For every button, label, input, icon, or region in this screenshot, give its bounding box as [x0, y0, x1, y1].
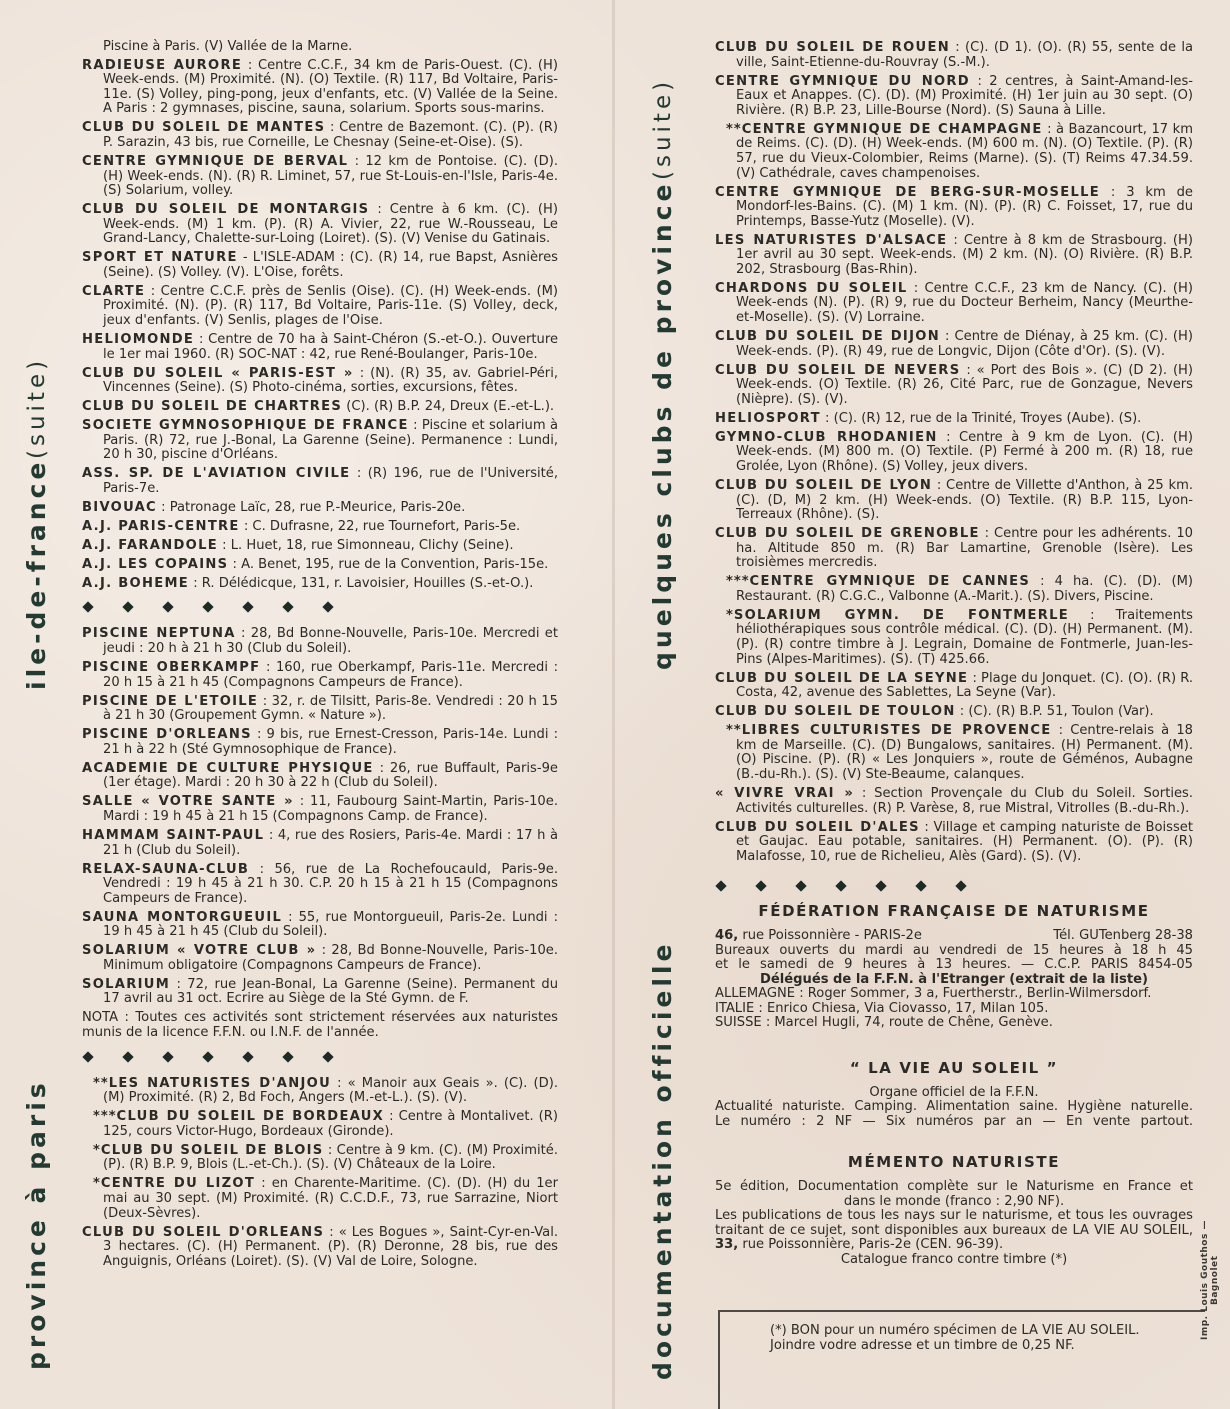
rating-stars: *** — [726, 574, 750, 589]
diamond-ornament-icon — [202, 1051, 213, 1062]
listing-details: : L. Huet, 18, rue Simonneau, Clichy (Se… — [218, 538, 513, 553]
listing-name: A.J. BOHEME — [82, 576, 189, 591]
rating-stars: * — [726, 608, 734, 623]
separator-diamonds — [715, 882, 1193, 890]
ffn-section: FÉDÉRATION FRANÇAISE DE NATURISME 46, ru… — [715, 904, 1193, 1031]
listing-entry: RELAX-SAUNA-CLUB : 56, rue de La Rochefo… — [82, 863, 558, 907]
ffn-hours-saturday: et le samedi de 9 heures à 13 heures. — … — [715, 958, 1193, 973]
listing-entry: HELIOSPORT : (C). (R) 12, rue de la Trin… — [715, 412, 1193, 427]
side-label-text: province à paris — [22, 1079, 51, 1370]
listing-entry: RADIEUSE AURORE : Centre C.C.F., 34 km d… — [82, 59, 558, 117]
listing-name: ACADEMIE DE CULTURE PHYSIQUE — [82, 761, 374, 776]
listing-entry: BIVOUAC : Patronage Laïc, 28, rue P.-Meu… — [82, 501, 558, 516]
listing-name: CENTRE GYMNIQUE DE CHAMPAGNE — [742, 122, 1043, 137]
listing-name: SPORT ET NATURE — [82, 250, 238, 265]
listing-name: « VIVRE VRAI » — [715, 786, 854, 801]
listing-name: A.J. LES COPAINS — [82, 557, 228, 572]
diamond-ornament-icon — [955, 881, 966, 892]
listing-name: CLUB DU SOLEIL DE CHARTRES — [82, 399, 342, 414]
memento-title: MÉMENTO NATURISTE — [715, 1155, 1193, 1170]
listing-entry: A.J. PARIS-CENTRE : C. Dufrasne, 22, rue… — [82, 520, 558, 535]
delegate-entry: ALLEMAGNE : Roger Sommer, 3 a, Fuerthers… — [715, 987, 1193, 1002]
ffn-address: rue Poissonnière - PARIS-2e — [738, 928, 922, 943]
listing-entry: A.J. LES COPAINS : A. Benet, 195, rue de… — [82, 558, 558, 573]
listing-entry: CLUB DU SOLEIL DE TOULON : (C). (R) B.P.… — [715, 705, 1193, 720]
listing-details: : (C). (R) 12, rue de la Trinité, Troyes… — [821, 411, 1142, 426]
province-clubs-list: CLUB DU SOLEIL DE ROUEN : (C). (D 1). (O… — [715, 41, 1193, 864]
listing-name: CLARTE — [82, 284, 145, 299]
listing-entry: CLUB DU SOLEIL DE NEVERS : « Port des Bo… — [715, 364, 1193, 408]
rating-stars: ** — [726, 122, 742, 137]
diamond-ornament-icon — [835, 881, 846, 892]
diamond-ornament-icon — [82, 1051, 93, 1062]
listing-name: SOLARIUM « VOTRE CLUB » — [82, 943, 316, 958]
listing-name: PISCINE DE L'ETOILE — [82, 694, 258, 709]
side-label-suffix: (suite) — [650, 78, 676, 180]
continued-text: Piscine à Paris. (V) Vallée de la Marne. — [82, 40, 558, 55]
side-label-text: ile-de-france — [22, 459, 51, 690]
ffn-address-line: 46, rue Poissonnière - PARIS-2e Tél. GUT… — [715, 929, 1193, 944]
listing-entry: CLUB DU SOLEIL D'ALES : Village et campi… — [715, 821, 1193, 865]
nota: NOTA : Toutes ces activités sont stricte… — [82, 1011, 558, 1040]
listing-details: : Patronage Laïc, 28, rue P.-Meurice, Pa… — [157, 500, 465, 515]
listing-details: : 72, rue Jean-Bonal, La Garenne (Seine)… — [103, 977, 558, 1007]
listing-name: GYMNO-CLUB RHODANIEN — [715, 430, 938, 445]
listing-entry: CENTRE GYMNIQUE DE BERVAL : 12 km de Pon… — [82, 155, 558, 199]
diamond-ornament-icon — [122, 602, 133, 613]
listing-entry: CLUB DU SOLEIL « PARIS-EST » : (N). (R) … — [82, 367, 558, 396]
diamond-ornament-icon — [915, 881, 926, 892]
ffn-hours: Bureaux ouverts du mardi au vendredi de … — [715, 944, 1193, 959]
listing-name: CLUB DU SOLEIL « PARIS-EST » — [82, 366, 354, 381]
printer-credit: Imp. Louis Gouthos — Bagnolet — [1200, 1195, 1220, 1365]
fold-line — [612, 0, 615, 1409]
province-clubs-list: **LES NATURISTES D'ANJOU : « Manoir aux … — [82, 1077, 558, 1270]
listing-name: CLUB DU SOLEIL D'ORLEANS — [82, 1225, 324, 1240]
listing-name: HAMMAM SAINT-PAUL — [82, 828, 264, 843]
listing-entry: ***CLUB DU SOLEIL DE BORDEAUX : Centre à… — [82, 1110, 558, 1139]
listing-entry: « VIVRE VRAI » : Section Provençale du C… — [715, 787, 1193, 816]
listing-entry: CLUB DU SOLEIL DE ROUEN : (C). (D 1). (O… — [715, 41, 1193, 70]
listing-name: CLUB DU SOLEIL DE BLOIS — [101, 1143, 324, 1158]
diamond-ornament-icon — [162, 1051, 173, 1062]
listing-name: CENTRE GYMNIQUE DE CANNES — [750, 574, 1031, 589]
listing-name: PISCINE NEPTUNA — [82, 626, 236, 641]
left-column: Piscine à Paris. (V) Vallée de la Marne.… — [82, 40, 558, 1274]
listing-name: CLUB DU SOLEIL DE LYON — [715, 478, 932, 493]
listing-entry: SPORT ET NATURE - L'ISLE-ADAM : (C). (R)… — [82, 251, 558, 280]
delegate-entry: SUISSE : Marcel Hugli, 74, route de Chên… — [715, 1016, 1193, 1031]
listing-entry: CLUB DU SOLEIL DE MANTES : Centre de Baz… — [82, 121, 558, 150]
listing-entry: *SOLARIUM GYMN. DE FONTMERLE : Traitemen… — [715, 609, 1193, 667]
listing-entry: **CENTRE GYMNIQUE DE CHAMPAGNE : à Bazan… — [715, 123, 1193, 181]
listing-entry: PISCINE D'ORLEANS : 9 bis, rue Ernest-Cr… — [82, 728, 558, 757]
rating-stars: ** — [93, 1076, 109, 1091]
diamond-ornament-icon — [242, 602, 253, 613]
listing-name: PISCINE D'ORLEANS — [82, 727, 252, 742]
listing-entry: CLUB DU SOLEIL DE MONTARGIS : Centre à 6… — [82, 203, 558, 247]
listing-entry: SAUNA MONTORGUEUIL : 55, rue Montorgueui… — [82, 911, 558, 940]
listing-name: SAUNA MONTORGUEUIL — [82, 910, 282, 925]
memento-address: rue Poissonnière, Paris-2e (CEN. 96-39). — [738, 1237, 1003, 1252]
listing-details: : Centre C.C.F. près de Senlis (Oise). (… — [103, 284, 558, 328]
ffn-delegates-list: ALLEMAGNE : Roger Sommer, 3 a, Fuerthers… — [715, 987, 1193, 1031]
coupon-line-1: (*) BON pour un numéro spécimen de LA VI… — [720, 1324, 1205, 1339]
memento-catalogue: Catalogue franco contre timbre (*) — [715, 1253, 1193, 1268]
diamond-ornament-icon — [82, 602, 93, 613]
listing-name: LIBRES CULTURISTES DE PROVENCE — [742, 723, 1052, 738]
listing-entry: CLUB DU SOLEIL DE GRENOBLE : Centre pour… — [715, 527, 1193, 571]
listing-name: CLUB DU SOLEIL DE NEVERS — [715, 363, 960, 378]
listing-entry: CENTRE GYMNIQUE DE BERG-SUR-MOSELLE : 3 … — [715, 186, 1193, 230]
diamond-ornament-icon — [795, 881, 806, 892]
listing-entry: *CLUB DU SOLEIL DE BLOIS : Centre à 9 km… — [82, 1144, 558, 1173]
diamond-ornament-icon — [242, 1051, 253, 1062]
diamond-ornament-icon — [755, 881, 766, 892]
diamond-ornament-icon — [162, 602, 173, 613]
diamond-ornament-icon — [875, 881, 886, 892]
listing-entry: ***CENTRE GYMNIQUE DE CANNES : 4 ha. (C)… — [715, 575, 1193, 604]
memento-section: MÉMENTO NATURISTE 5e édition, Documentat… — [715, 1155, 1193, 1267]
listing-name: LES NATURISTES D'ANJOU — [109, 1076, 331, 1091]
listing-name: RELAX-SAUNA-CLUB — [82, 862, 249, 877]
diamond-ornament-icon — [282, 1051, 293, 1062]
listing-name: CLUB DU SOLEIL DE MONTARGIS — [82, 202, 369, 217]
right-column: CLUB DU SOLEIL DE ROUEN : (C). (D 1). (O… — [715, 41, 1193, 1268]
listing-entry: A.J. FARANDOLE : L. Huet, 18, rue Simonn… — [82, 539, 558, 554]
side-label-text: quelques clubs de province — [648, 180, 677, 670]
diamond-ornament-icon — [715, 881, 726, 892]
listing-entry: **LES NATURISTES D'ANJOU : « Manoir aux … — [82, 1077, 558, 1106]
listing-entry: PISCINE DE L'ETOILE : 32, r. de Tilsitt,… — [82, 695, 558, 724]
listing-name: HELIOMONDE — [82, 332, 194, 347]
listing-name: A.J. FARANDOLE — [82, 538, 218, 553]
vie-line-2: Actualité naturiste. Camping. Alimentati… — [715, 1100, 1193, 1115]
coupon-line-2: Joindre vodre adresse et un timbre de 0,… — [720, 1339, 1205, 1354]
memento-paragraph: Les publications de tous les nays sur le… — [715, 1209, 1193, 1253]
listing-name: SALLE « VOTRE SANTE » — [82, 794, 294, 809]
listing-name: BIVOUAC — [82, 500, 157, 515]
listing-entry: SOCIETE GYMNOSOPHIQUE DE FRANCE : Piscin… — [82, 419, 558, 463]
listing-name: RADIEUSE AURORE — [82, 58, 242, 73]
listing-entry: ACADEMIE DE CULTURE PHYSIQUE : 26, rue B… — [82, 762, 558, 791]
ile-de-france-list: RADIEUSE AURORE : Centre C.C.F., 34 km d… — [82, 59, 558, 592]
vie-line-3: Le numéro : 2 NF — Six numéros par an — … — [715, 1115, 1193, 1130]
ffn-address-number: 46, — [715, 928, 738, 943]
listing-name: PISCINE OBERKAMPF — [82, 660, 260, 675]
side-label-documentation-officielle: documentation officielle — [648, 940, 677, 1380]
listing-details: (C). (R) B.P. 24, Dreux (E.-et-L.). — [342, 399, 554, 414]
listing-name: SOCIETE GYMNOSOPHIQUE DE FRANCE — [82, 418, 409, 433]
listing-details: : (C). (R) B.P. 51, Toulon (Var). — [956, 704, 1154, 719]
memento-paragraph-text: Les publications de tous les nays sur le… — [715, 1208, 1193, 1238]
listing-entry: SOLARIUM « VOTRE CLUB » : 28, Bd Bonne-N… — [82, 944, 558, 973]
listing-name: A.J. PARIS-CENTRE — [82, 519, 240, 534]
listing-name: CLUB DU SOLEIL DE MANTES — [82, 120, 325, 135]
delegate-entry: ITALIE : Enrico Chiesa, Via Ciovasso, 17… — [715, 1002, 1193, 1017]
side-label-province-a-paris: province à paris — [22, 770, 51, 1370]
ffn-delegates-title: Délégués de la F.F.N. à l'Etranger (extr… — [715, 973, 1193, 988]
listing-entry: CHARDONS DU SOLEIL : Centre C.C.F., 23 k… — [715, 282, 1193, 326]
listing-name: CHARDONS DU SOLEIL — [715, 281, 908, 296]
listing-entry: CLARTE : Centre C.C.F. près de Senlis (O… — [82, 285, 558, 329]
vie-au-soleil-section: “ LA VIE AU SOLEIL ” Organe officiel de … — [715, 1061, 1193, 1129]
listing-name: CLUB DU SOLEIL DE ROUEN — [715, 40, 950, 55]
listing-entry: CLUB DU SOLEIL DE DIJON : Centre de Dién… — [715, 330, 1193, 359]
listing-details: : C. Dufrasne, 22, rue Tournefort, Paris… — [240, 519, 521, 534]
listing-entry: HAMMAM SAINT-PAUL : 4, rue des Rosiers, … — [82, 829, 558, 858]
listing-entry: SALLE « VOTRE SANTE » : 11, Faubourg Sai… — [82, 795, 558, 824]
listing-entry: **LIBRES CULTURISTES DE PROVENCE : Centr… — [715, 724, 1193, 782]
listing-entry: ASS. SP. DE L'AVIATION CIVILE : (R) 196,… — [82, 467, 558, 496]
paris-venues-list: PISCINE NEPTUNA : 28, Bd Bonne-Nouvelle,… — [82, 627, 558, 1007]
listing-entry: CLUB DU SOLEIL DE LYON : Centre de Ville… — [715, 479, 1193, 523]
listing-name: CLUB DU SOLEIL DE LA SEYNE — [715, 671, 968, 686]
listing-entry: HELIOMONDE : Centre de 70 ha à Saint-Ché… — [82, 333, 558, 362]
listing-details: : R. Délédicque, 131, r. Lavoisier, Houi… — [189, 576, 533, 591]
side-label-text: documentation officielle — [648, 941, 677, 1380]
listing-name: CENTRE DU LIZOT — [101, 1176, 255, 1191]
listing-name: ASS. SP. DE L'AVIATION CIVILE — [82, 466, 350, 481]
listing-name: CLUB DU SOLEIL DE DIJON — [715, 329, 940, 344]
listing-entry: A.J. BOHEME : R. Délédicque, 131, r. Lav… — [82, 577, 558, 592]
diamond-ornament-icon — [202, 602, 213, 613]
ffn-phone: Tél. GUTenberg 28-38 — [1053, 929, 1193, 944]
listing-entry: PISCINE NEPTUNA : 28, Bd Bonne-Nouvelle,… — [82, 627, 558, 656]
side-label-clubs-de-province: quelques clubs de province(suite) — [648, 150, 677, 670]
listing-name: CLUB DU SOLEIL DE BORDEAUX — [117, 1109, 385, 1124]
separator-diamonds — [82, 603, 558, 611]
listing-name: CLUB DU SOLEIL DE TOULON — [715, 704, 956, 719]
rating-stars: * — [93, 1176, 101, 1191]
listing-entry: CLUB DU SOLEIL DE CHARTRES (C). (R) B.P.… — [82, 400, 558, 415]
diamond-ornament-icon — [322, 1051, 333, 1062]
memento-address-number: 33, — [715, 1237, 738, 1252]
ffn-title: FÉDÉRATION FRANÇAISE DE NATURISME — [715, 904, 1193, 919]
listing-name: CENTRE GYMNIQUE DE BERG-SUR-MOSELLE — [715, 185, 1100, 200]
vie-line-1: Organe officiel de la F.F.N. — [715, 1086, 1193, 1101]
rating-stars: * — [93, 1143, 101, 1158]
listing-name: CLUB DU SOLEIL DE GRENOBLE — [715, 526, 980, 541]
vie-au-soleil-title: “ LA VIE AU SOLEIL ” — [715, 1061, 1193, 1076]
listing-entry: GYMNO-CLUB RHODANIEN : Centre à 9 km de … — [715, 431, 1193, 475]
listing-name: CLUB DU SOLEIL D'ALES — [715, 820, 920, 835]
rating-stars: ** — [726, 723, 742, 738]
listing-entry: *CENTRE DU LIZOT : en Charente-Maritime.… — [82, 1177, 558, 1221]
side-label-ile-de-france: ile-de-france(suite) — [22, 130, 51, 690]
listing-entry: SOLARIUM : 72, rue Jean-Bonal, La Garenn… — [82, 978, 558, 1007]
listing-name: SOLARIUM — [82, 977, 170, 992]
listing-entry: CLUB DU SOLEIL D'ORLEANS : « Les Bogues … — [82, 1226, 558, 1270]
diamond-ornament-icon — [122, 1051, 133, 1062]
listing-entry: LES NATURISTES D'ALSACE : Centre à 8 km … — [715, 234, 1193, 278]
listing-name: SOLARIUM GYMN. DE FONTMERLE — [734, 608, 1069, 623]
coupon-box: (*) BON pour un numéro spécimen de LA VI… — [718, 1310, 1205, 1409]
diamond-ornament-icon — [282, 602, 293, 613]
separator-diamonds — [82, 1053, 558, 1061]
listing-entry: CENTRE GYMNIQUE DU NORD : 2 centres, à S… — [715, 75, 1193, 119]
memento-line-2: dans le monde (franco : 2,90 NF). — [715, 1195, 1193, 1210]
listing-name: CENTRE GYMNIQUE DU NORD — [715, 74, 970, 89]
listing-entry: PISCINE OBERKAMPF : 160, rue Oberkampf, … — [82, 661, 558, 690]
listing-entry: CLUB DU SOLEIL DE LA SEYNE : Plage du Jo… — [715, 672, 1193, 701]
listing-details: : A. Benet, 195, rue de la Convention, P… — [228, 557, 548, 572]
rating-stars: *** — [93, 1109, 117, 1124]
diamond-ornament-icon — [322, 602, 333, 613]
memento-line-1: 5e édition, Documentation complète sur l… — [715, 1180, 1193, 1195]
side-label-suffix: (suite) — [24, 357, 50, 459]
listing-name: LES NATURISTES D'ALSACE — [715, 233, 947, 248]
listing-name: CENTRE GYMNIQUE DE BERVAL — [82, 154, 348, 169]
listing-name: HELIOSPORT — [715, 411, 821, 426]
